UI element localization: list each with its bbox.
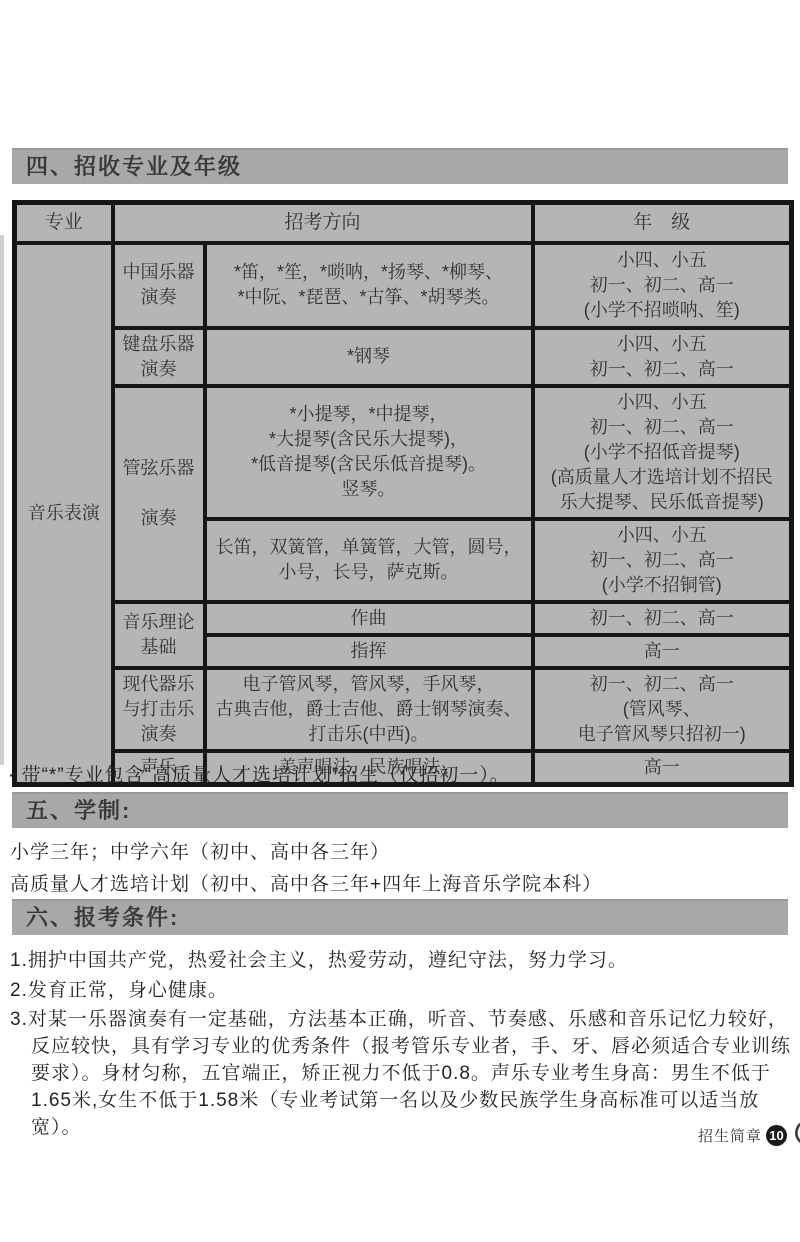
brochure-title-label: 招生简章 — [698, 1125, 762, 1146]
cell-major-music-performance: 音乐表演 — [15, 243, 113, 785]
cell-grade-conducting: 高一 — [533, 635, 792, 668]
cell-category-music-theory: 音乐理论 基础 — [113, 602, 205, 668]
schooling-line-1: 小学三年；中学六年（初中、高中各三年） — [10, 839, 792, 866]
condition-item-3: 3.对某一乐器演奏有一定基础，方法基本正确，听音、节奏感、乐感和音乐记忆力较好，… — [10, 1006, 792, 1141]
cell-grade-strings: 小四、小五 初一、初二、高一 (小学不招低音提琴) (高质量人才选培计划不招民 … — [533, 386, 792, 519]
cell-direction-winds: 长笛，双簧管，单簧管，大管，圆号， 小号，长号，萨克斯。 — [205, 519, 533, 602]
section-heading-schooling: 五、学制: — [12, 792, 788, 828]
condition-item-1: 1.拥护中国共产党，热爱社会主义，热爱劳动，遵纪守法，努力学习。 — [10, 947, 792, 974]
col-header-major: 专业 — [15, 203, 113, 243]
schooling-line-2: 高质量人才选培计划（初中、高中各三年+四年上海音乐学院本科） — [10, 871, 792, 898]
col-header-direction: 招考方向 — [113, 203, 533, 243]
swirl-decoration-icon — [792, 1118, 800, 1153]
cell-grade-keyboard: 小四、小五 初一、初二、高一 — [533, 328, 792, 386]
page-footer: 招生简章 10 — [698, 1118, 800, 1153]
cell-category-chinese-instruments: 中国乐器 演奏 — [113, 243, 205, 328]
table-row: 音乐理论 基础 作曲 初一、初二、高一 — [15, 602, 792, 635]
cell-direction-modern-percussion: 电子管风琴，管风琴，手风琴， 古典吉他，爵士吉他、爵士钢琴演奏、 打击乐(中西)… — [205, 668, 533, 751]
table-row: 键盘乐器 演奏 *钢琴 小四、小五 初一、初二、高一 — [15, 328, 792, 386]
brochure-page: 四、招收专业及年级 专业 招考方向 年 级 音乐表演 中国乐器 演奏 *笛，*笙… — [0, 0, 800, 1242]
section-heading-admission-majors: 四、招收专业及年级 — [12, 148, 788, 184]
cell-grade-chinese-instruments: 小四、小五 初一、初二、高一 (小学不招唢呐、笙) — [533, 243, 792, 328]
condition-item-2: 2.发育正常，身心健康。 — [10, 977, 792, 1004]
cell-category-keyboard: 键盘乐器 演奏 — [113, 328, 205, 386]
page-number-badge: 10 — [766, 1125, 787, 1146]
cell-direction-composition: 作曲 — [205, 602, 533, 635]
table-row: 现代器乐 与打击乐 演奏 电子管风琴，管风琴，手风琴， 古典吉他，爵士吉他、爵士… — [15, 668, 792, 751]
cell-category-orchestral: 管弦乐器 演奏 — [113, 386, 205, 602]
section-heading-requirements: 六、报考条件: — [12, 899, 788, 935]
cell-grade-winds: 小四、小五 初一、初二、高一 (小学不招铜管) — [533, 519, 792, 602]
cell-direction-keyboard: *钢琴 — [205, 328, 533, 386]
cell-grade-modern-percussion: 初一、初二、高一 (管风琴、 电子管风琴只招初一) — [533, 668, 792, 751]
cell-category-modern-percussion: 现代器乐 与打击乐 演奏 — [113, 668, 205, 751]
cell-grade-composition: 初一、初二、高一 — [533, 602, 792, 635]
admissions-table: 专业 招考方向 年 级 音乐表演 中国乐器 演奏 *笛，*笙，*唢呐，*扬琴、*… — [12, 200, 794, 787]
col-header-grade: 年 级 — [533, 203, 792, 243]
cell-direction-chinese-instruments: *笛，*笙，*唢呐，*扬琴、*柳琴、 *中阮、*琵琶、*古筝、*胡琴类。 — [205, 243, 533, 328]
cell-direction-conducting: 指挥 — [205, 635, 533, 668]
table-row: 音乐表演 中国乐器 演奏 *笛，*笙，*唢呐，*扬琴、*柳琴、 *中阮、*琵琶、… — [15, 243, 792, 328]
cell-direction-strings: *小提琴，*中提琴， *大提琴(含民乐大提琴)， *低音提琴(含民乐低音提琴)。… — [205, 386, 533, 519]
asterisk-note: · 带“*”专业包含“高质量人才选培计划”招生（仅招初一）。 — [8, 760, 792, 787]
table-row: 管弦乐器 演奏 *小提琴，*中提琴， *大提琴(含民乐大提琴)， *低音提琴(含… — [15, 386, 792, 519]
scan-edge-artifact — [0, 235, 4, 765]
